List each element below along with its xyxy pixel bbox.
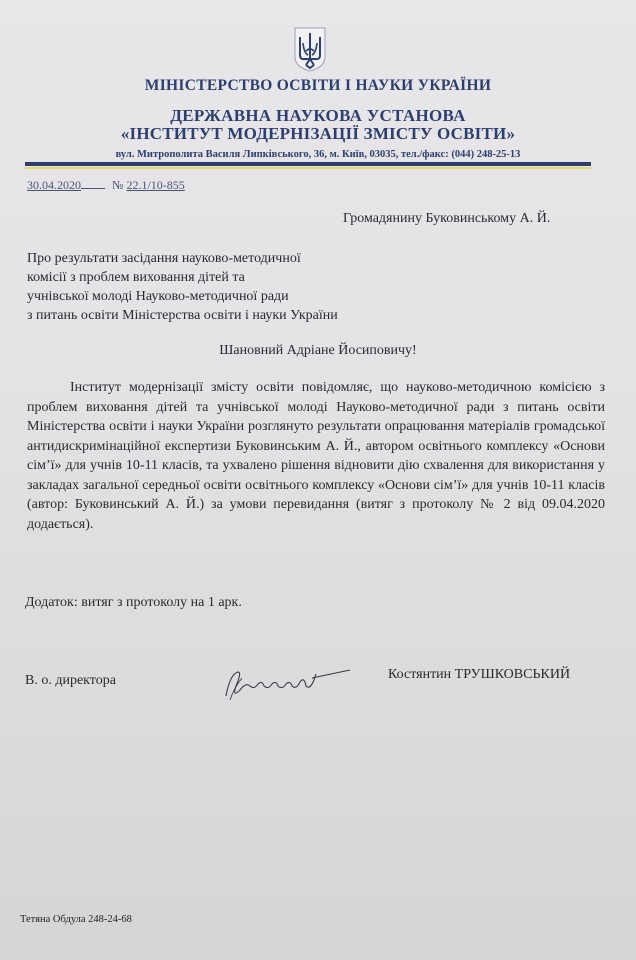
executor-contact: Тетяна Обдула 248-24-68	[20, 914, 132, 925]
number-sign: №	[112, 178, 123, 192]
greeting: Шановний Адріане Йосиповичу!	[0, 343, 636, 359]
letterhead-divider-blue	[25, 162, 591, 166]
ministry-name: МІНІСТЕРСТВО ОСВІТИ І НАУКИ УКРАЇНИ	[0, 77, 636, 95]
subject-line: учнівської молоді Науково-методичної рад…	[27, 287, 338, 306]
signatory-name: Костянтин ТРУШКОВСЬКИЙ	[388, 667, 570, 683]
subject-line: Про результати засідання науково-методич…	[27, 249, 338, 268]
body-paragraph: Інститут модернізації змісту освіти пові…	[27, 378, 605, 534]
ukraine-trident-emblem-icon	[292, 25, 328, 73]
registration-number: 22.1/10-855	[126, 178, 184, 192]
underline-gap	[81, 178, 105, 189]
letter-page: МІНІСТЕРСТВО ОСВІТИ І НАУКИ УКРАЇНИ ДЕРЖ…	[0, 0, 636, 960]
addressee: Громадянину Буковинському А. Й.	[343, 211, 550, 227]
institution-name-line1: ДЕРЖАВНА НАУКОВА УСТАНОВА	[0, 106, 636, 126]
registration-line: 30.04.2020 № 22.1/10-855	[27, 178, 185, 193]
signatory-title: В. о. директора	[25, 673, 116, 689]
registration-date: 30.04.2020	[27, 178, 81, 192]
subject-line: з питань освіти Міністерства освіти і на…	[27, 306, 338, 325]
letterhead-divider-yellow	[25, 167, 591, 169]
attachment-note: Додаток: витяг з протоколу на 1 арк.	[25, 595, 242, 611]
institution-address: вул. Митрополита Василя Липківського, 36…	[0, 149, 636, 160]
handwritten-signature-icon	[220, 664, 355, 702]
subject-line: комісії з проблем виховання дітей та	[27, 268, 338, 287]
institution-name-line2: «ІНСТИТУТ МОДЕРНІЗАЦІЇ ЗМІСТУ ОСВІТИ»	[0, 124, 636, 144]
subject-block: Про результати засідання науково-методич…	[27, 249, 338, 325]
